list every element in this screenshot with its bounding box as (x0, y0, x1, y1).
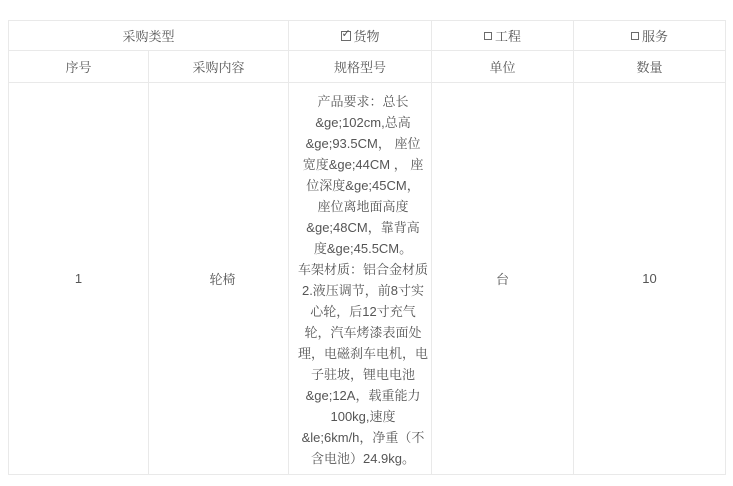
option-engineering-cell: 工程 (432, 21, 574, 51)
purchase-type-row: 采购类型 货物 工程 服务 (9, 21, 726, 51)
procurement-document-page: 采购类型 货物 工程 服务 序号 采购内容 规格型号 单位 数量 1 (0, 0, 733, 486)
table-row: 1 轮椅 产品要求：总长 &ge;102cm,总高 &ge;93.5CM， 座位… (9, 83, 726, 475)
cell-qty: 10 (574, 83, 726, 475)
column-header-qty: 数量 (574, 51, 726, 83)
cell-unit: 台 (432, 83, 574, 475)
column-header-seq: 序号 (9, 51, 149, 83)
cell-spec: 产品要求：总长 &ge;102cm,总高 &ge;93.5CM， 座位 宽度&g… (289, 83, 432, 475)
option-engineering-label: 工程 (495, 26, 521, 45)
column-header-content: 采购内容 (149, 51, 289, 83)
column-header-unit: 单位 (432, 51, 574, 83)
option-goods-label: 货物 (354, 26, 380, 45)
cell-seq: 1 (9, 83, 149, 475)
option-goods-cell: 货物 (289, 21, 432, 51)
checkbox-unchecked-icon (484, 32, 492, 40)
column-header-row: 序号 采购内容 规格型号 单位 数量 (9, 51, 726, 83)
cell-content: 轮椅 (149, 83, 289, 475)
checkbox-unchecked-icon (631, 32, 639, 40)
purchase-type-label: 采购类型 (9, 21, 289, 51)
option-service-cell: 服务 (574, 21, 726, 51)
option-service-label: 服务 (642, 26, 668, 45)
checkbox-checked-icon (341, 31, 351, 41)
procurement-table: 采购类型 货物 工程 服务 序号 采购内容 规格型号 单位 数量 1 (8, 20, 726, 475)
column-header-spec: 规格型号 (289, 51, 432, 83)
